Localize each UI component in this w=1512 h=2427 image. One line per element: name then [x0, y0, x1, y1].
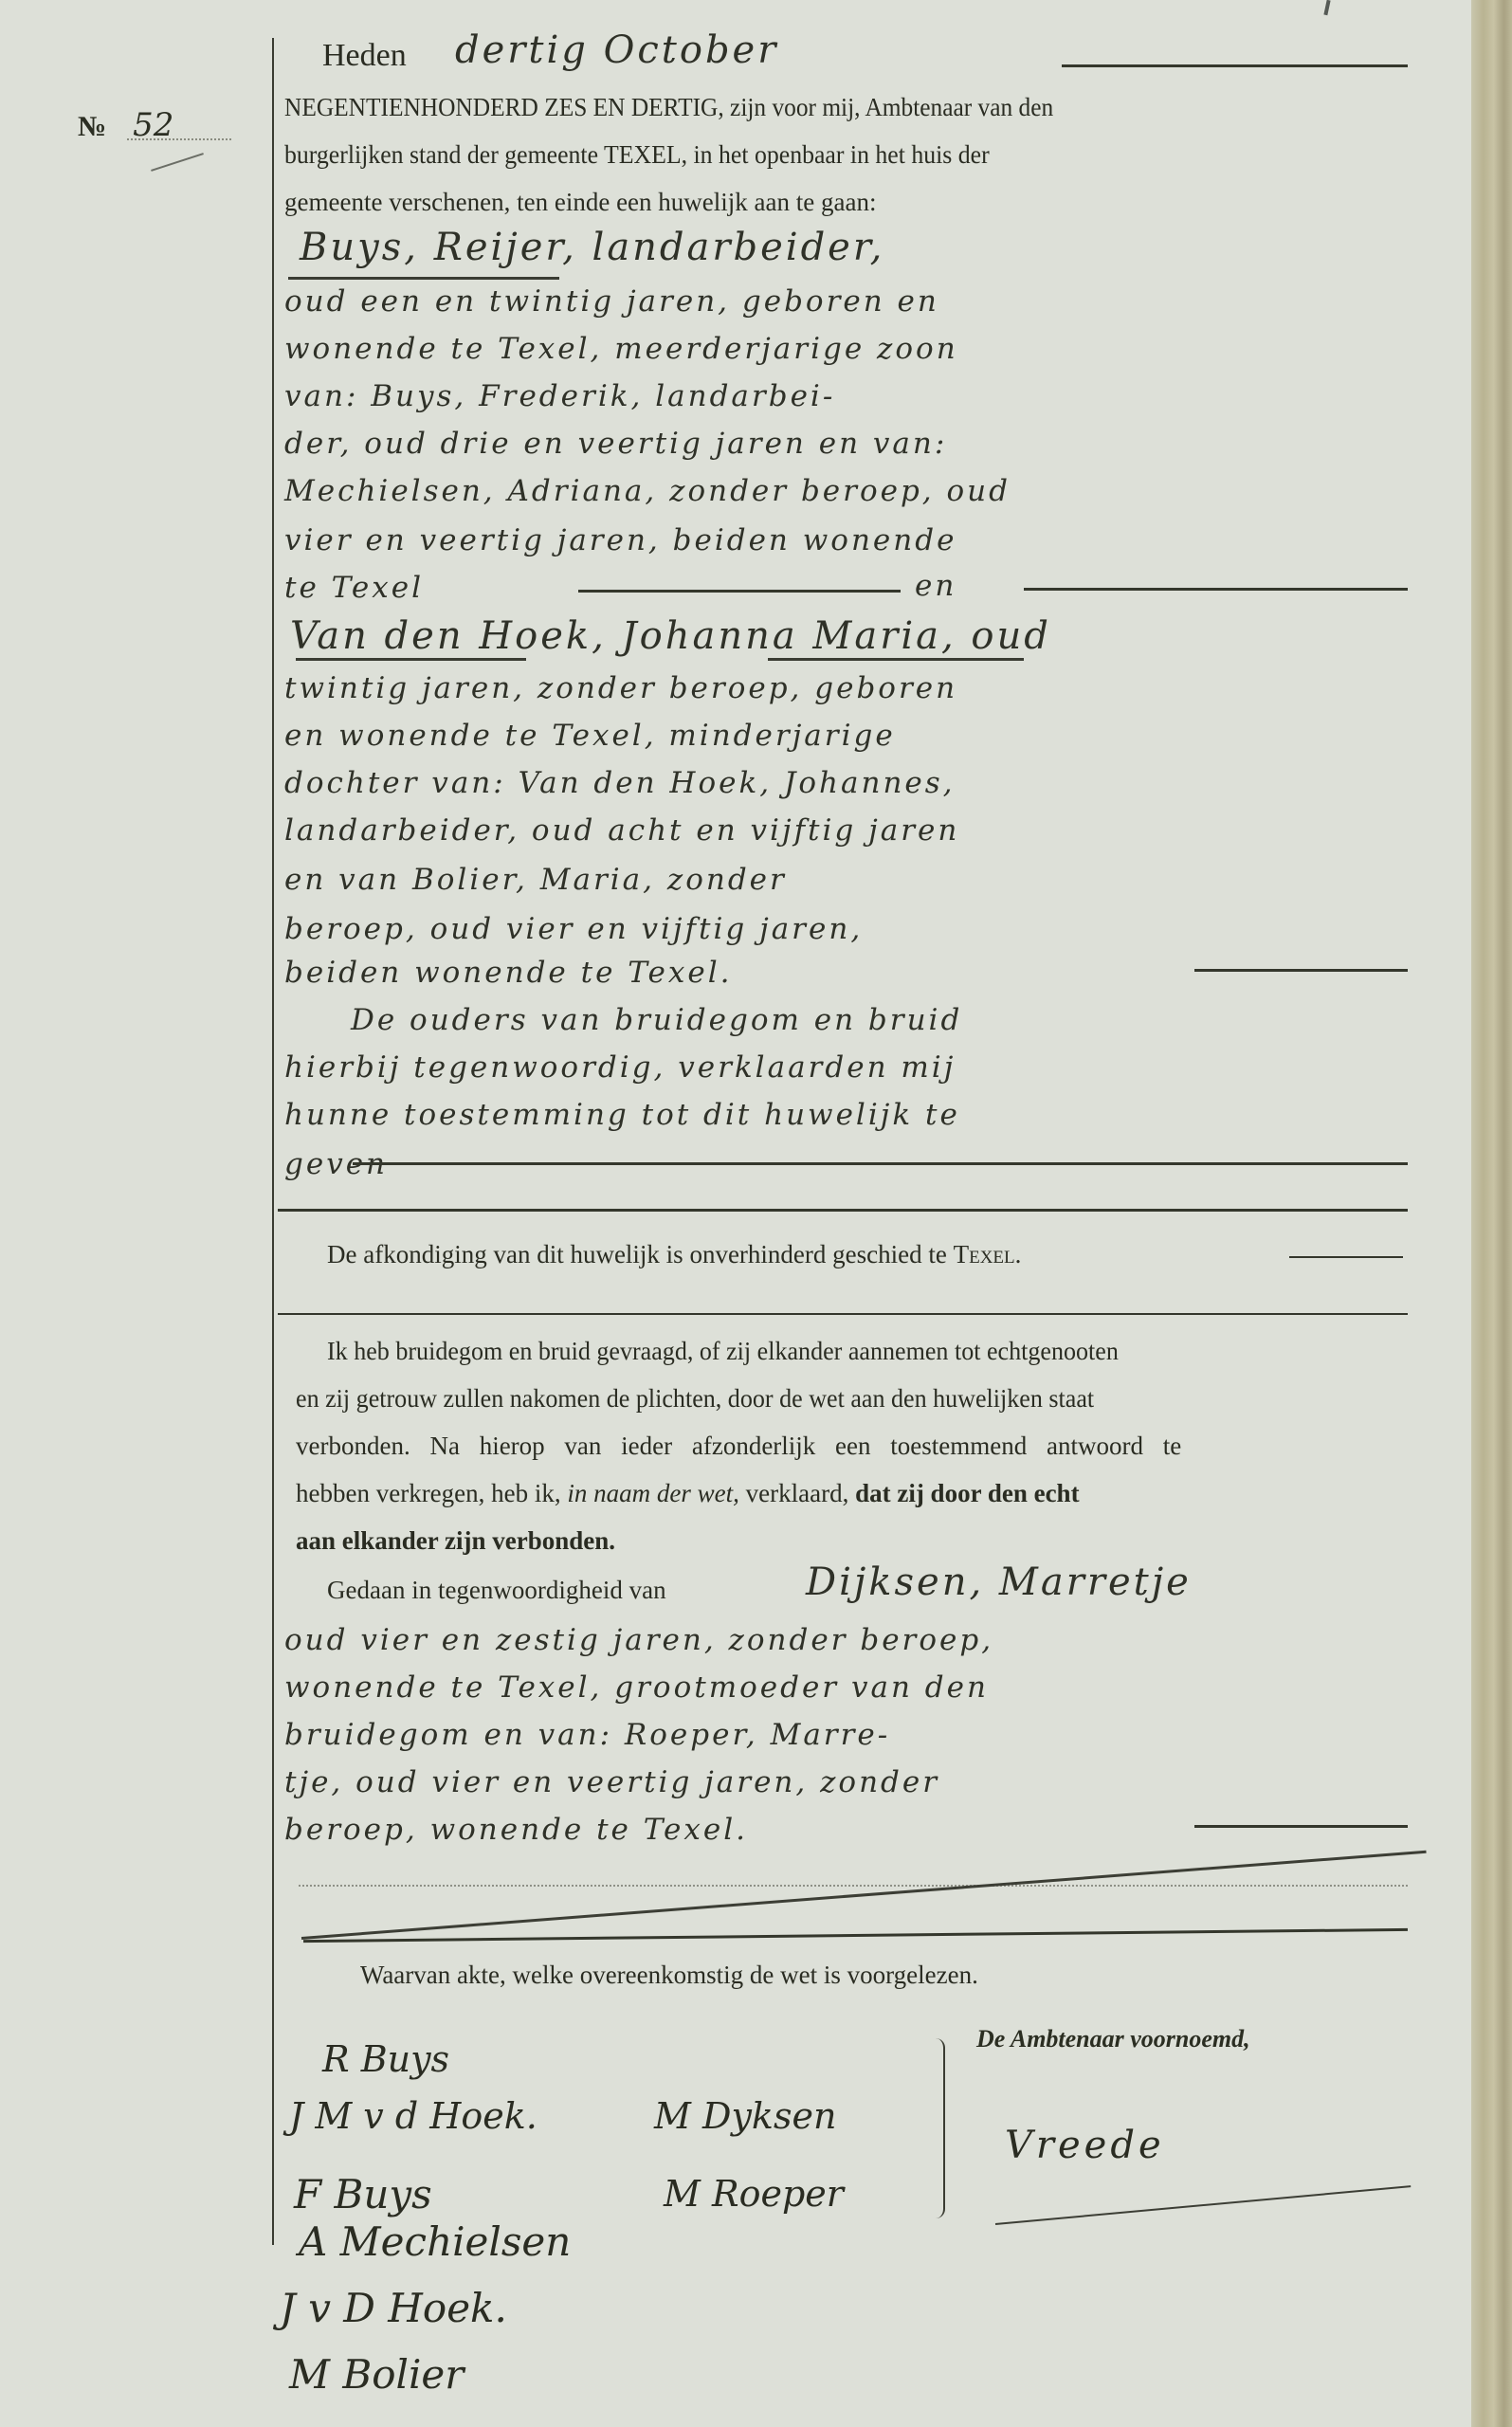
groom-given-underline [465, 277, 559, 280]
official-label: De Ambtenaar voornoemd, [976, 2025, 1250, 2053]
closing-statement: Waarvan akte, welke overeenkomstig de we… [360, 1961, 978, 1990]
record-number-dotted-line [127, 138, 231, 140]
dotted-line [299, 1885, 1408, 1887]
signature: M Roeper [664, 2173, 844, 2215]
declaration-bold-phrase: dat zij door den echt [855, 1479, 1080, 1507]
consent-line: hunne toestemming tot dit huwelijk te [284, 1098, 960, 1132]
groom-line: van: Buys, Frederik, landarbei- [284, 379, 835, 413]
date-fill-rule [1062, 64, 1408, 67]
signature: R Buys [322, 2038, 449, 2080]
witness-fill-rule [1194, 1825, 1408, 1828]
consent-line: hierbij tegenwoordig, verklaarden mij [284, 1050, 956, 1085]
book-edge [1471, 0, 1512, 2427]
declaration-text: verklaard, [746, 1479, 849, 1507]
header-line-3: gemeente verschenen, ten einde een huwel… [284, 188, 876, 217]
section-divider [278, 1209, 1408, 1212]
bride-line: en van Bolier, Maria, zonder [284, 863, 787, 897]
groom-line: vier en veertig jaren, beiden wonende [284, 523, 956, 557]
witness-line: oud vier en zestig jaren, zonder beroep, [284, 1623, 993, 1657]
proclamation-suffix: . [1015, 1240, 1022, 1268]
header-line-2: burgerlijken stand der gemeente TEXEL, i… [284, 140, 990, 170]
signature: A Mechielsen [299, 2218, 571, 2265]
official-signature: Vreede [1005, 2124, 1165, 2167]
proclamation-place: Texel [954, 1240, 1015, 1268]
signature: J M v d Hoek. [289, 2095, 537, 2137]
bride-given-underline [768, 658, 1024, 661]
witness-line: tje, oud vier en veertig jaren, zonder [284, 1765, 939, 1799]
en-fill-rule [1024, 588, 1408, 591]
groom-line: wonende te Texel, meerderjarige zoon [284, 332, 958, 366]
proclamation-label: De afkondiging van dit huwelijk is onver… [327, 1240, 947, 1268]
groom-line: Buys, Reijer, landarbeider, [300, 226, 884, 269]
bride-line: Van den Hoek, Johanna Maria, oud [290, 614, 1051, 658]
groom-line: Mechielsen, Adriana, zonder beroep, oud [284, 474, 1011, 508]
groom-line: oud een en twintig jaren, geboren en [284, 284, 939, 319]
bride-line: dochter van: Van den Hoek, Johannes, [284, 766, 956, 800]
declaration-italic-phrase: in naam der wet, [567, 1479, 739, 1507]
proclamation-text: De afkondiging van dit huwelijk is onver… [327, 1240, 1021, 1269]
bride-line: landarbeider, oud acht en vijftig jaren [284, 813, 959, 848]
witness-line: beroep, wonende te Texel. [284, 1813, 748, 1847]
bride-line: beroep, oud vier en vijftig jaren, [284, 912, 863, 946]
consent-fill-rule [353, 1162, 1408, 1165]
section-divider [278, 1313, 1408, 1315]
declaration-text: hebben verkregen, heb ik, [296, 1479, 561, 1507]
groom-fill-rule [578, 590, 901, 593]
signature: F Buys [294, 2171, 432, 2217]
proclamation-fill-rule [1289, 1256, 1403, 1258]
witness-line: wonende te Texel, grootmoeder van den [284, 1670, 989, 1705]
consent-line: De ouders van bruidegom en bruid [351, 1003, 962, 1037]
bride-fill-rule [1194, 969, 1408, 972]
bride-line: twintig jaren, zonder beroep, geboren [284, 671, 957, 705]
signature: J v D Hoek. [280, 2285, 507, 2331]
signature-brace [934, 2038, 945, 2218]
number-symbol: № [78, 111, 106, 142]
witness-line: bruidegom en van: Roeper, Marre- [284, 1718, 890, 1752]
groom-line: der, oud drie en veertig jaren en van: [284, 427, 947, 461]
signature: M Dyksen [654, 2095, 836, 2137]
declaration-line-1: Ik heb bruidegom en bruid gevraagd, of z… [327, 1337, 1119, 1366]
bride-line: beiden wonende te Texel. [284, 956, 733, 990]
declaration-line-3: verbonden. Na hierop van ieder afzonderl… [296, 1432, 1181, 1461]
bride-surname-underline-2 [384, 658, 526, 661]
header-line-1: NEGENTIENHONDERD ZES EN DERTIG, zijn voo… [284, 93, 1053, 122]
declaration-line-2: en zij getrouw zullen nakomen de plichte… [296, 1384, 1094, 1414]
declaration-line-5: aan elkander zijn verbonden. [296, 1526, 615, 1556]
margin-rule [272, 38, 274, 2245]
conjunction-en: en [915, 569, 956, 603]
date-handwritten: dertig October [455, 28, 778, 72]
groom-line: te Texel [284, 571, 424, 605]
bride-line: en wonende te Texel, minderjarige [284, 719, 896, 753]
heden-label: Heden [322, 38, 407, 74]
declaration-line-4: hebben verkregen, heb ik, in naam der we… [296, 1479, 1080, 1508]
signature: M Bolier [289, 2351, 464, 2398]
witness-line: Dijksen, Marretje [806, 1560, 1192, 1604]
witnesses-label: Gedaan in tegenwoordigheid van [327, 1576, 666, 1605]
